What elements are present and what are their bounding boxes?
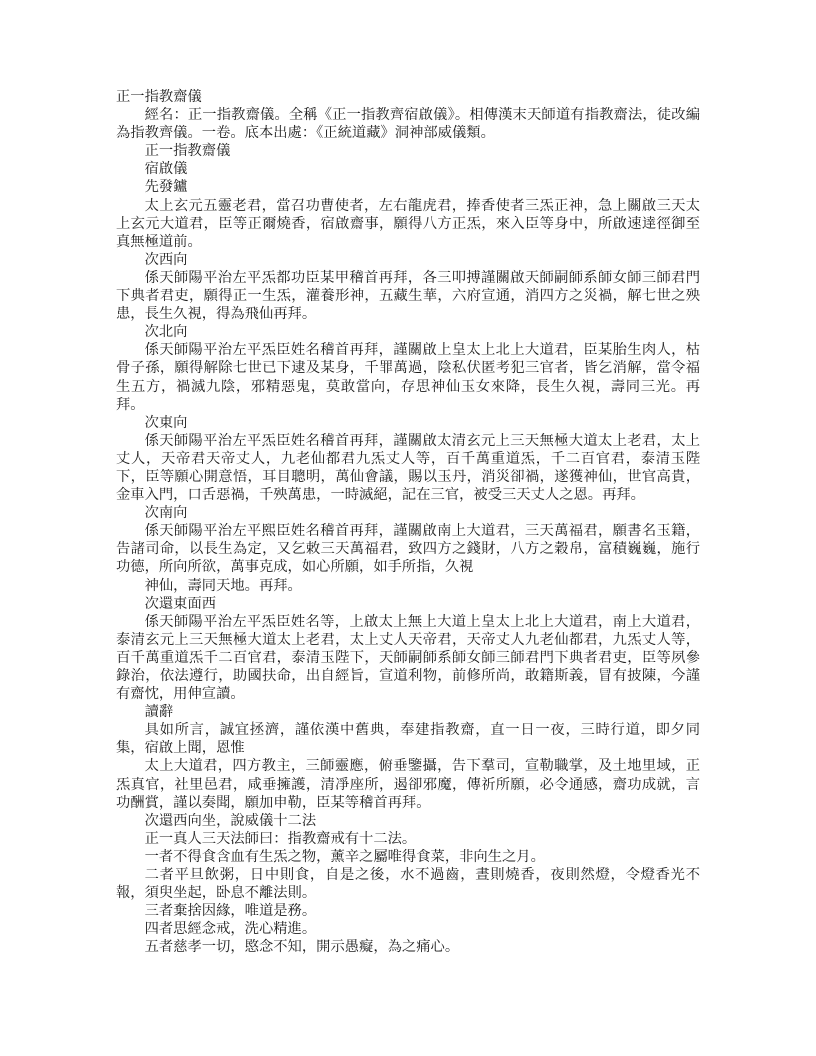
paragraph: 次北向 xyxy=(116,323,700,341)
paragraph: 次東向 xyxy=(116,414,700,432)
paragraph: 太上玄元五靈老君，當召功曹使者，左右龍虎君，捧香使者三炁正神，急上關啟三天太上玄… xyxy=(116,197,700,251)
paragraph: 係天師陽平治左平炁臣姓名稽首再拜，謹關啟上皇太上北上大道君，臣某胎生肉人，枯骨子… xyxy=(116,341,700,413)
paragraph: 太上大道君，四方教主，三師靈應，俯垂鑒攝，告下羣司，宣勒職掌，及土地里域，正炁真… xyxy=(116,757,700,811)
paragraph: 四者思經念戒，洗心精進。 xyxy=(116,920,700,938)
paragraph: 讀辭 xyxy=(116,703,700,721)
paragraph: 係天師陽平治左平炁臣姓名稽首再拜，謹關啟太清玄元上三天無極大道太上老君，太上丈人… xyxy=(116,432,700,504)
paragraph: 次還西向坐，說威儀十二法 xyxy=(116,812,700,830)
paragraph: 經名：正一指教齋儀。全稱《正一指教齊宿啟儀》。相傳漢末天師道有指教齋法，徒改編為… xyxy=(116,106,700,142)
paragraph: 正一指教齋儀 xyxy=(116,142,700,160)
paragraph: 三者棄捨因緣，唯道是務。 xyxy=(116,902,700,920)
paragraph: 神仙，壽同天地。再拜。 xyxy=(116,577,700,595)
document-title: 正一指教齋儀 xyxy=(116,88,700,106)
paragraph: 先發鑪 xyxy=(116,178,700,196)
paragraph: 二者平旦飲粥，日中則食，自是之後，水不過齒，晝則燒香，夜則然燈，令燈香光不報，須… xyxy=(116,866,700,902)
document-page: 正一指教齋儀經名：正一指教齋儀。全稱《正一指教齊宿啟儀》。相傳漢末天師道有指教齋… xyxy=(0,0,816,1056)
paragraph: 正一真人三天法師曰：指教齋戒有十二法。 xyxy=(116,830,700,848)
paragraph: 係天師陽平治左平炁都功臣某甲稽首再拜，各三叩搏謹關啟天師嗣師系師女師三師君門下典… xyxy=(116,269,700,323)
paragraph: 次西向 xyxy=(116,251,700,269)
paragraph: 一者不得食含血有生炁之物，薰辛之屬唯得食菜，非向生之月。 xyxy=(116,848,700,866)
paragraph: 五者慈孝一切，愍念不知，開示愚癡，為之痛心。 xyxy=(116,938,700,956)
paragraph: 次還東面西 xyxy=(116,595,700,613)
document-body: 正一指教齋儀經名：正一指教齋儀。全稱《正一指教齊宿啟儀》。相傳漢末天師道有指教齋… xyxy=(116,88,700,957)
paragraph: 次南向 xyxy=(116,504,700,522)
paragraph: 具如所言，誠宜拯濟，謹依漢中舊典，奉建指教齋，直一日一夜，三時行道，即夕同集，宿… xyxy=(116,721,700,757)
paragraph: 宿啟儀 xyxy=(116,160,700,178)
paragraph: 係天師陽平治左平熙臣姓名稽首再拜，謹關啟南上大道君，三天萬福君，願書名玉籍，告諸… xyxy=(116,522,700,576)
paragraph: 係天師陽平治左平炁臣姓名等，上啟太上無上大道上皇太上北上大道君，南上大道君，泰清… xyxy=(116,613,700,703)
